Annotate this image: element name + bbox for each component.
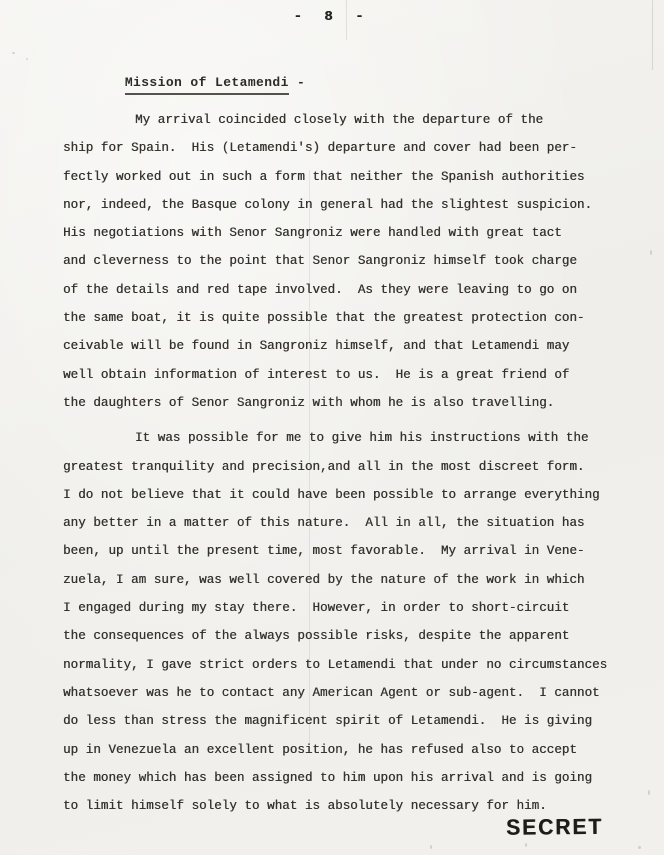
- scan-speck: [430, 845, 432, 849]
- document-body: My arrival coincided closely with the de…: [63, 106, 634, 820]
- scan-speck: [638, 846, 641, 849]
- text-line: nor, indeed, the Basque colony in genera…: [63, 191, 634, 219]
- paragraph: It was possible for me to give him his i…: [63, 424, 634, 820]
- text-line: up in Venezuela an excellent position, h…: [63, 736, 634, 764]
- text-line: and cleverness to the point that Senor S…: [63, 247, 634, 275]
- text-line: been, up until the present time, most fa…: [63, 537, 634, 565]
- text-line: well obtain information of interest to u…: [63, 361, 634, 389]
- scan-crease-vertical: [309, 170, 310, 745]
- text-line: the money which has been assigned to him…: [63, 764, 634, 792]
- scan-speck: [648, 790, 650, 795]
- text-line: My arrival coincided closely with the de…: [63, 106, 634, 134]
- text-line: any better in a matter of this nature. A…: [63, 509, 634, 537]
- section-heading-suffix: -: [289, 75, 305, 90]
- scan-speck: [525, 843, 527, 847]
- secret-stamp: SECRET: [506, 815, 603, 841]
- text-line: do less than stress the magnificent spir…: [63, 707, 634, 735]
- scan-crease-top: [346, 0, 347, 40]
- text-line: zuela, I am sure, was well covered by th…: [63, 566, 634, 594]
- scan-speck: [12, 52, 15, 54]
- text-line: I engaged during my stay there. However,…: [63, 594, 634, 622]
- text-line: normality, I gave strict orders to Letam…: [63, 651, 634, 679]
- section-heading-text: Mission of Letamendi: [125, 75, 289, 95]
- paragraph: My arrival coincided closely with the de…: [63, 106, 634, 417]
- document-page: - 8 - Mission of Letamendi - My arrival …: [0, 0, 664, 855]
- text-line: greatest tranquility and precision,and a…: [63, 453, 634, 481]
- text-line: the consequences of the always possible …: [63, 622, 634, 650]
- text-line: ceivable will be found in Sangroniz hims…: [63, 332, 634, 360]
- text-line: the daughters of Senor Sangroniz with wh…: [63, 389, 634, 417]
- text-line: ship for Spain. His (Letamendi's) depart…: [63, 134, 634, 162]
- text-line: I do not believe that it could have been…: [63, 481, 634, 509]
- text-line: whatsoever was he to contact any America…: [63, 679, 634, 707]
- text-line: the same boat, it is quite possible that…: [63, 304, 634, 332]
- scan-edge-mark: [652, 0, 653, 70]
- page-number: - 8 -: [0, 9, 664, 25]
- text-line: His negotiations with Senor Sangroniz we…: [63, 219, 634, 247]
- text-line: It was possible for me to give him his i…: [63, 424, 634, 452]
- scan-speck: [650, 250, 652, 255]
- scan-speck: [26, 58, 28, 60]
- text-line: fectly worked out in such a form that ne…: [63, 163, 634, 191]
- text-line: of the details and red tape involved. As…: [63, 276, 634, 304]
- section-heading: Mission of Letamendi -: [92, 60, 305, 105]
